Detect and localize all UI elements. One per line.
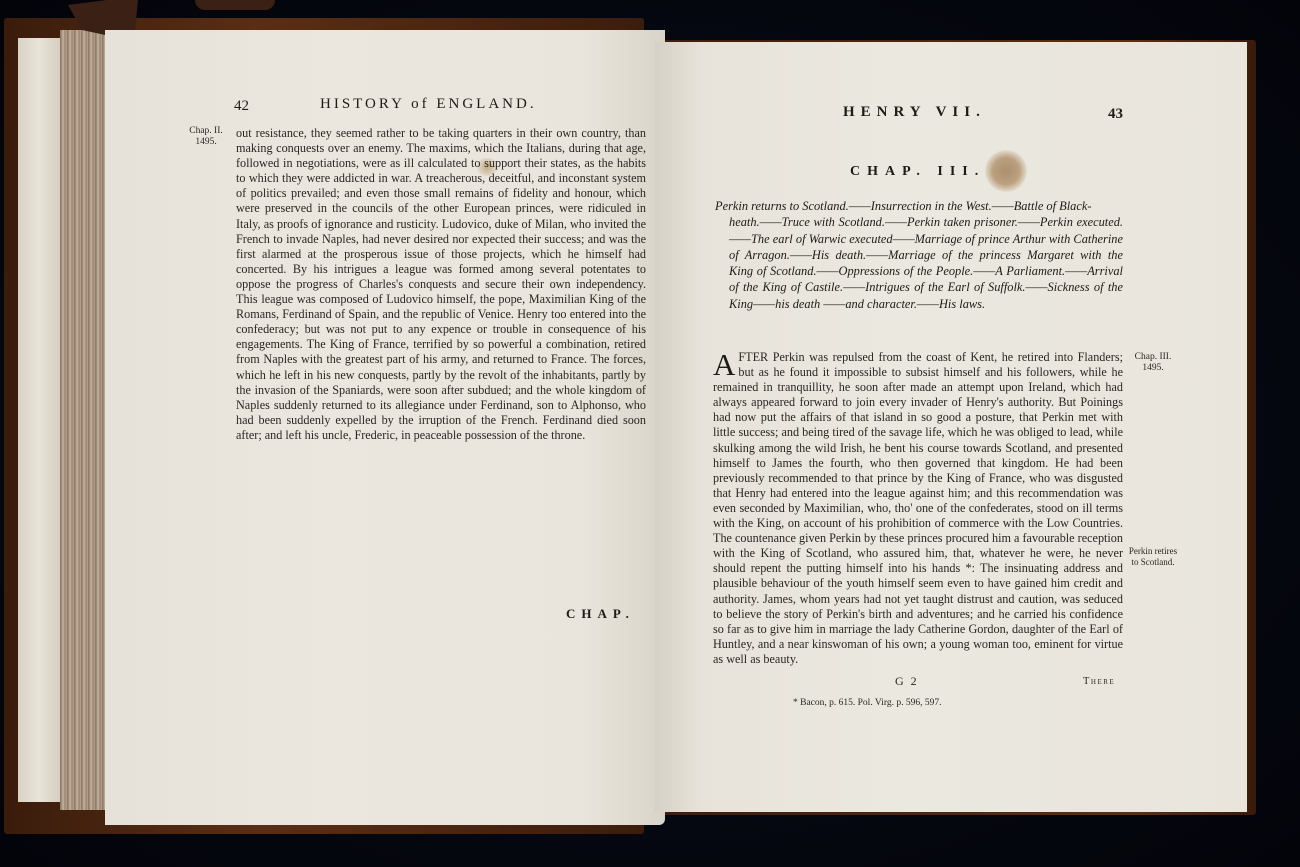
left-paragraph: out resistance, they seemed rather to be…: [236, 126, 646, 443]
right-page-number: 43: [1108, 106, 1123, 123]
margin-topic-line1: Perkin retires: [1124, 546, 1182, 557]
left-body-text: out resistance, they seemed rather to be…: [236, 126, 646, 443]
right-margin-note-topic: Perkin retires to Scotland.: [1124, 546, 1182, 568]
right-catchword: There: [1083, 676, 1115, 687]
margin-year: 1495.: [183, 137, 229, 148]
signature-mark: G 2: [895, 674, 919, 689]
chapter-heading: CHAP. III.: [850, 164, 985, 180]
leather-tab-2: [195, 0, 275, 10]
summary-first-line: Perkin returns to Scotland.——Insurrectio…: [715, 198, 1123, 214]
left-catchword: CHAP.: [566, 606, 635, 622]
right-margin-note-chapter: Chap. III. 1495.: [1128, 352, 1178, 374]
chapter-summary: Perkin returns to Scotland.——Insurrectio…: [715, 198, 1123, 312]
paper-stain-large: [985, 150, 1027, 192]
page-edges: [60, 30, 110, 810]
margin-year: 1495.: [1128, 363, 1178, 374]
right-paragraph: FTER Perkin was repulsed from the coast …: [713, 350, 1123, 666]
left-margin-note: Chap. II. 1495.: [183, 126, 229, 148]
left-page-number: 42: [234, 98, 249, 115]
margin-chapter: Chap. II.: [183, 126, 229, 137]
drop-cap: A: [713, 352, 735, 378]
footnote: * Bacon, p. 615. Pol. Virg. p. 596, 597.: [793, 698, 941, 708]
left-running-head: HISTORY of ENGLAND.: [320, 96, 537, 113]
right-body-text: A FTER Perkin was repulsed from the coas…: [713, 350, 1123, 667]
margin-chapter: Chap. III.: [1128, 352, 1178, 363]
summary-rest: heath.——Truce with Scotland.——Perkin tak…: [715, 214, 1123, 312]
right-running-head: HENRY VII.: [843, 104, 986, 121]
margin-topic-line2: to Scotland.: [1124, 557, 1182, 568]
